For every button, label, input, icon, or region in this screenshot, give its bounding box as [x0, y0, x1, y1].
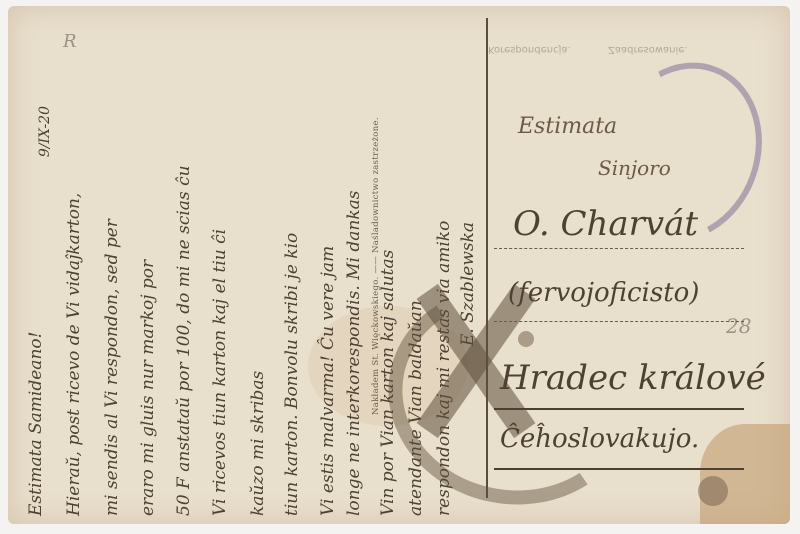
address-underline — [494, 468, 744, 470]
postcard-back: Korespondencja. Zaadresowanie. Nakładem … — [8, 6, 790, 524]
address-underline — [494, 408, 744, 410]
message-line: kaŭzo mi skribas — [250, 46, 267, 516]
addressee-occupation: (fervojoficisto) — [508, 278, 699, 308]
message-line: Vi ricevos tiun karton kaj el tiu ĉi — [212, 46, 229, 516]
pencil-mark: R — [63, 31, 77, 52]
addressee-name: O. Charvát — [513, 204, 698, 244]
address-salutation-2: Sinjoro — [598, 156, 671, 180]
message-line: eraro mi gluis nur markoj por — [140, 46, 157, 516]
printed-label-correspondence: Korespondencja. — [488, 44, 571, 55]
message-line: Hieraŭ, post ricevo de Vi vidaĵkarton, — [66, 46, 83, 516]
address-line — [494, 248, 744, 249]
message-line: mi sendis al Vi respondon, sed per — [104, 46, 121, 516]
address-country: Ĉeĥoslovakujo. — [500, 424, 699, 454]
message-line: longe ne interkorespondis. Mi dankas — [346, 46, 363, 516]
message-line: 50 F anstataŭ por 100, do mi ne scias ĉu — [176, 46, 193, 516]
ink-dot — [698, 476, 728, 506]
message-date: 9/IX-20 — [38, 106, 52, 157]
address-city: Hradec králové — [500, 358, 766, 398]
printed-label-address: Zaadresowanie. — [608, 44, 688, 55]
address-line — [494, 321, 744, 322]
message-line: Vi estis malvarma! Ĉu vere jam — [320, 46, 337, 516]
corner-stain — [700, 424, 790, 524]
address-salutation-1: Estimata — [518, 114, 617, 139]
message-line: tiun karton. Bonvolu skribi je kio — [284, 46, 301, 516]
pencil-mark: 28 — [726, 314, 751, 338]
